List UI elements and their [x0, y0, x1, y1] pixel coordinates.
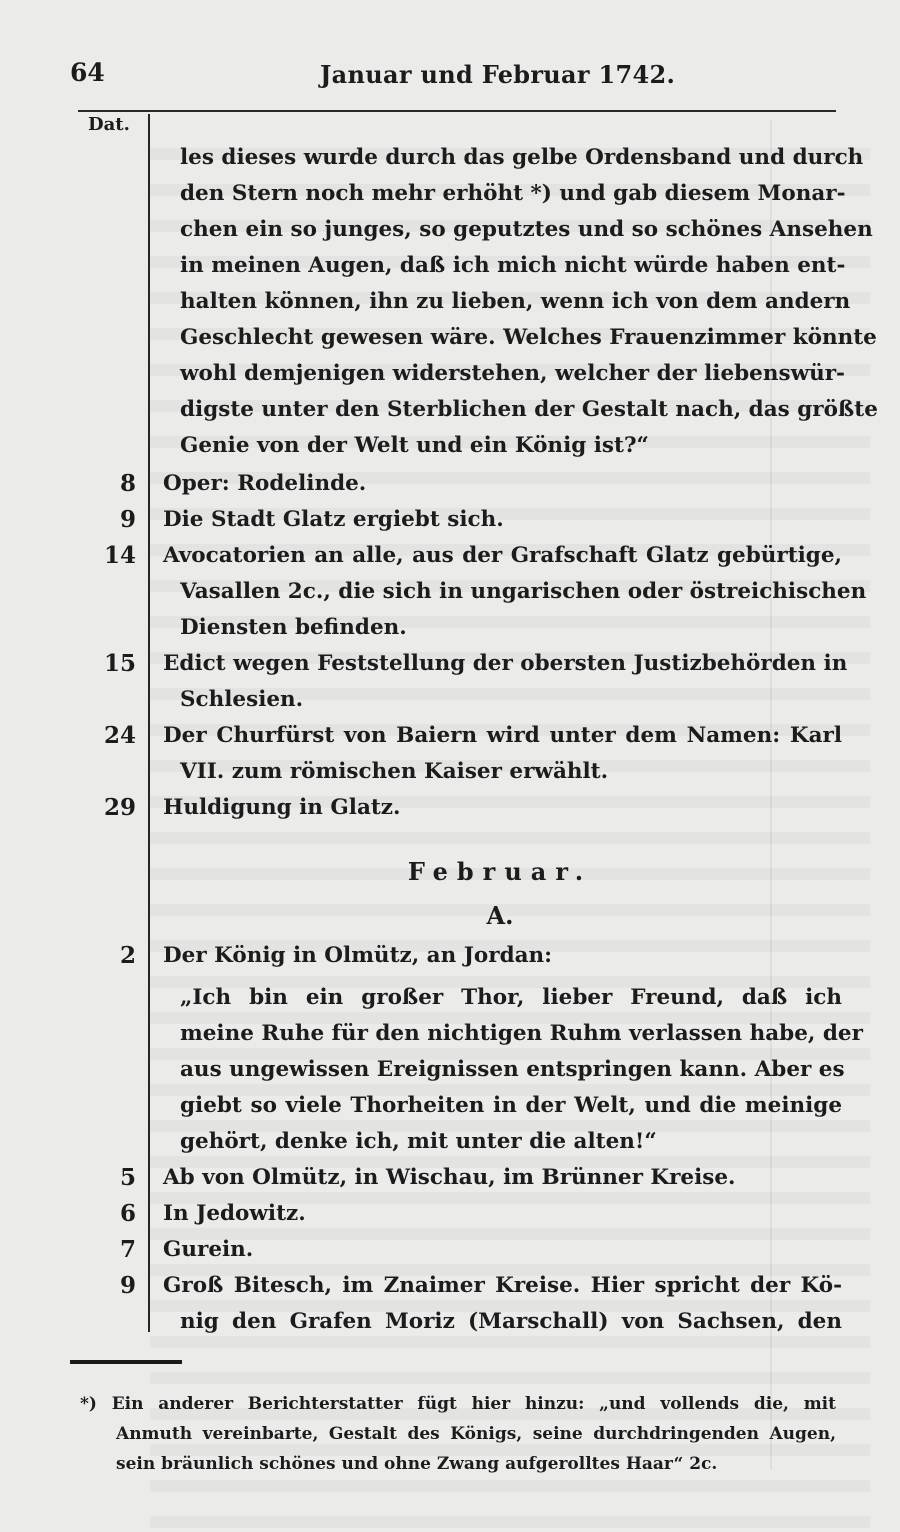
entry-text: Oper: Rodelinde.: [163, 466, 842, 502]
entry-day: 2: [86, 938, 136, 974]
entry-text: Huldigung in Glatz.: [163, 790, 842, 826]
entry-day: 9: [86, 502, 136, 538]
text-line: den Stern noch mehr erhöht *) und gab di…: [180, 176, 842, 212]
quote-line: meine Ruhe für den nichtigen Ruhm verlas…: [180, 1016, 842, 1052]
entry-day: 6: [86, 1196, 136, 1232]
header-rule: [78, 110, 836, 112]
page-number: 64: [70, 58, 105, 87]
running-title: Januar und Februar 1742.: [320, 60, 675, 89]
entry-text: Schlesien.: [180, 682, 842, 718]
text-line: les dieses wurde durch das gelbe Ordensb…: [180, 140, 842, 176]
entry-day: 8: [86, 466, 136, 502]
entry-day: 24: [86, 718, 136, 754]
footnote-line: *) Ein anderer Berichterstatter fügt hie…: [80, 1390, 836, 1418]
entry-text: Groß Bitesch, im Znaimer Kreise. Hier sp…: [163, 1268, 842, 1304]
quote-line: aus ungewissen Ereignissen entspringen k…: [180, 1052, 842, 1088]
entry-text: Vasallen 2c., die sich in ungarischen od…: [180, 574, 842, 610]
date-column-header: Dat.: [88, 114, 130, 135]
footnote-line: sein bräunlich schönes und ohne Zwang au…: [116, 1450, 836, 1478]
footnote-rule: [70, 1360, 182, 1364]
text-line: digste unter den Sterblichen der Gestalt…: [180, 392, 842, 428]
entry-day: 14: [86, 538, 136, 574]
entry-text: VII. zum römischen Kaiser erwählt.: [180, 754, 842, 790]
entry-text: Avocatorien an alle, aus der Grafschaft …: [163, 538, 842, 574]
entry-text: In Jedowitz.: [163, 1196, 842, 1232]
text-line: in meinen Augen, daß ich mich nicht würd…: [180, 248, 842, 284]
entry-day: 5: [86, 1160, 136, 1196]
book-page: 64 Januar und Februar 1742. Dat. les die…: [0, 0, 900, 1532]
text-line: halten können, ihn zu lieben, wenn ich v…: [180, 284, 842, 320]
running-head: 64 Januar und Februar 1742.: [70, 58, 840, 98]
quote-line: giebt so viele Thorheiten in der Welt, u…: [180, 1088, 842, 1124]
text-line: Genie von der Welt und ein König ist?“: [180, 428, 842, 464]
section-letter: A.: [160, 898, 840, 934]
entry-day: 7: [86, 1232, 136, 1268]
entry-text: nig den Grafen Moriz (Marschall) von Sac…: [180, 1304, 842, 1340]
text-line: chen ein so junges, so geputztes und so …: [180, 212, 842, 248]
entry-text: Gurein.: [163, 1232, 842, 1268]
date-column-rule: [148, 114, 150, 1332]
entry-text: Die Stadt Glatz ergiebt sich.: [163, 502, 842, 538]
text-line: Geschlecht gewesen wäre. Welches Frauenz…: [180, 320, 842, 356]
month-heading: Februar.: [160, 854, 840, 890]
entry-text: Edict wegen Feststellung der obersten Ju…: [163, 646, 842, 682]
footnote-line: Anmuth vereinbarte, Gestalt des Königs, …: [116, 1420, 836, 1448]
quote-line: „Ich bin ein großer Thor, lieber Freund,…: [180, 980, 842, 1016]
entry-text: Ab von Olmütz, in Wischau, im Brünner Kr…: [163, 1160, 842, 1196]
quote-line: gehört, denke ich, mit unter die alten!“: [180, 1124, 842, 1160]
entry-text: Der König in Olmütz, an Jordan:: [163, 938, 842, 974]
entry-day: 9: [86, 1268, 136, 1304]
entry-day: 29: [86, 790, 136, 826]
entry-text: Diensten befinden.: [180, 610, 842, 646]
text-line: wohl demjenigen widerstehen, welcher der…: [180, 356, 842, 392]
entry-text: Der Churfürst von Baiern wird unter dem …: [163, 718, 842, 754]
entry-day: 15: [86, 646, 136, 682]
